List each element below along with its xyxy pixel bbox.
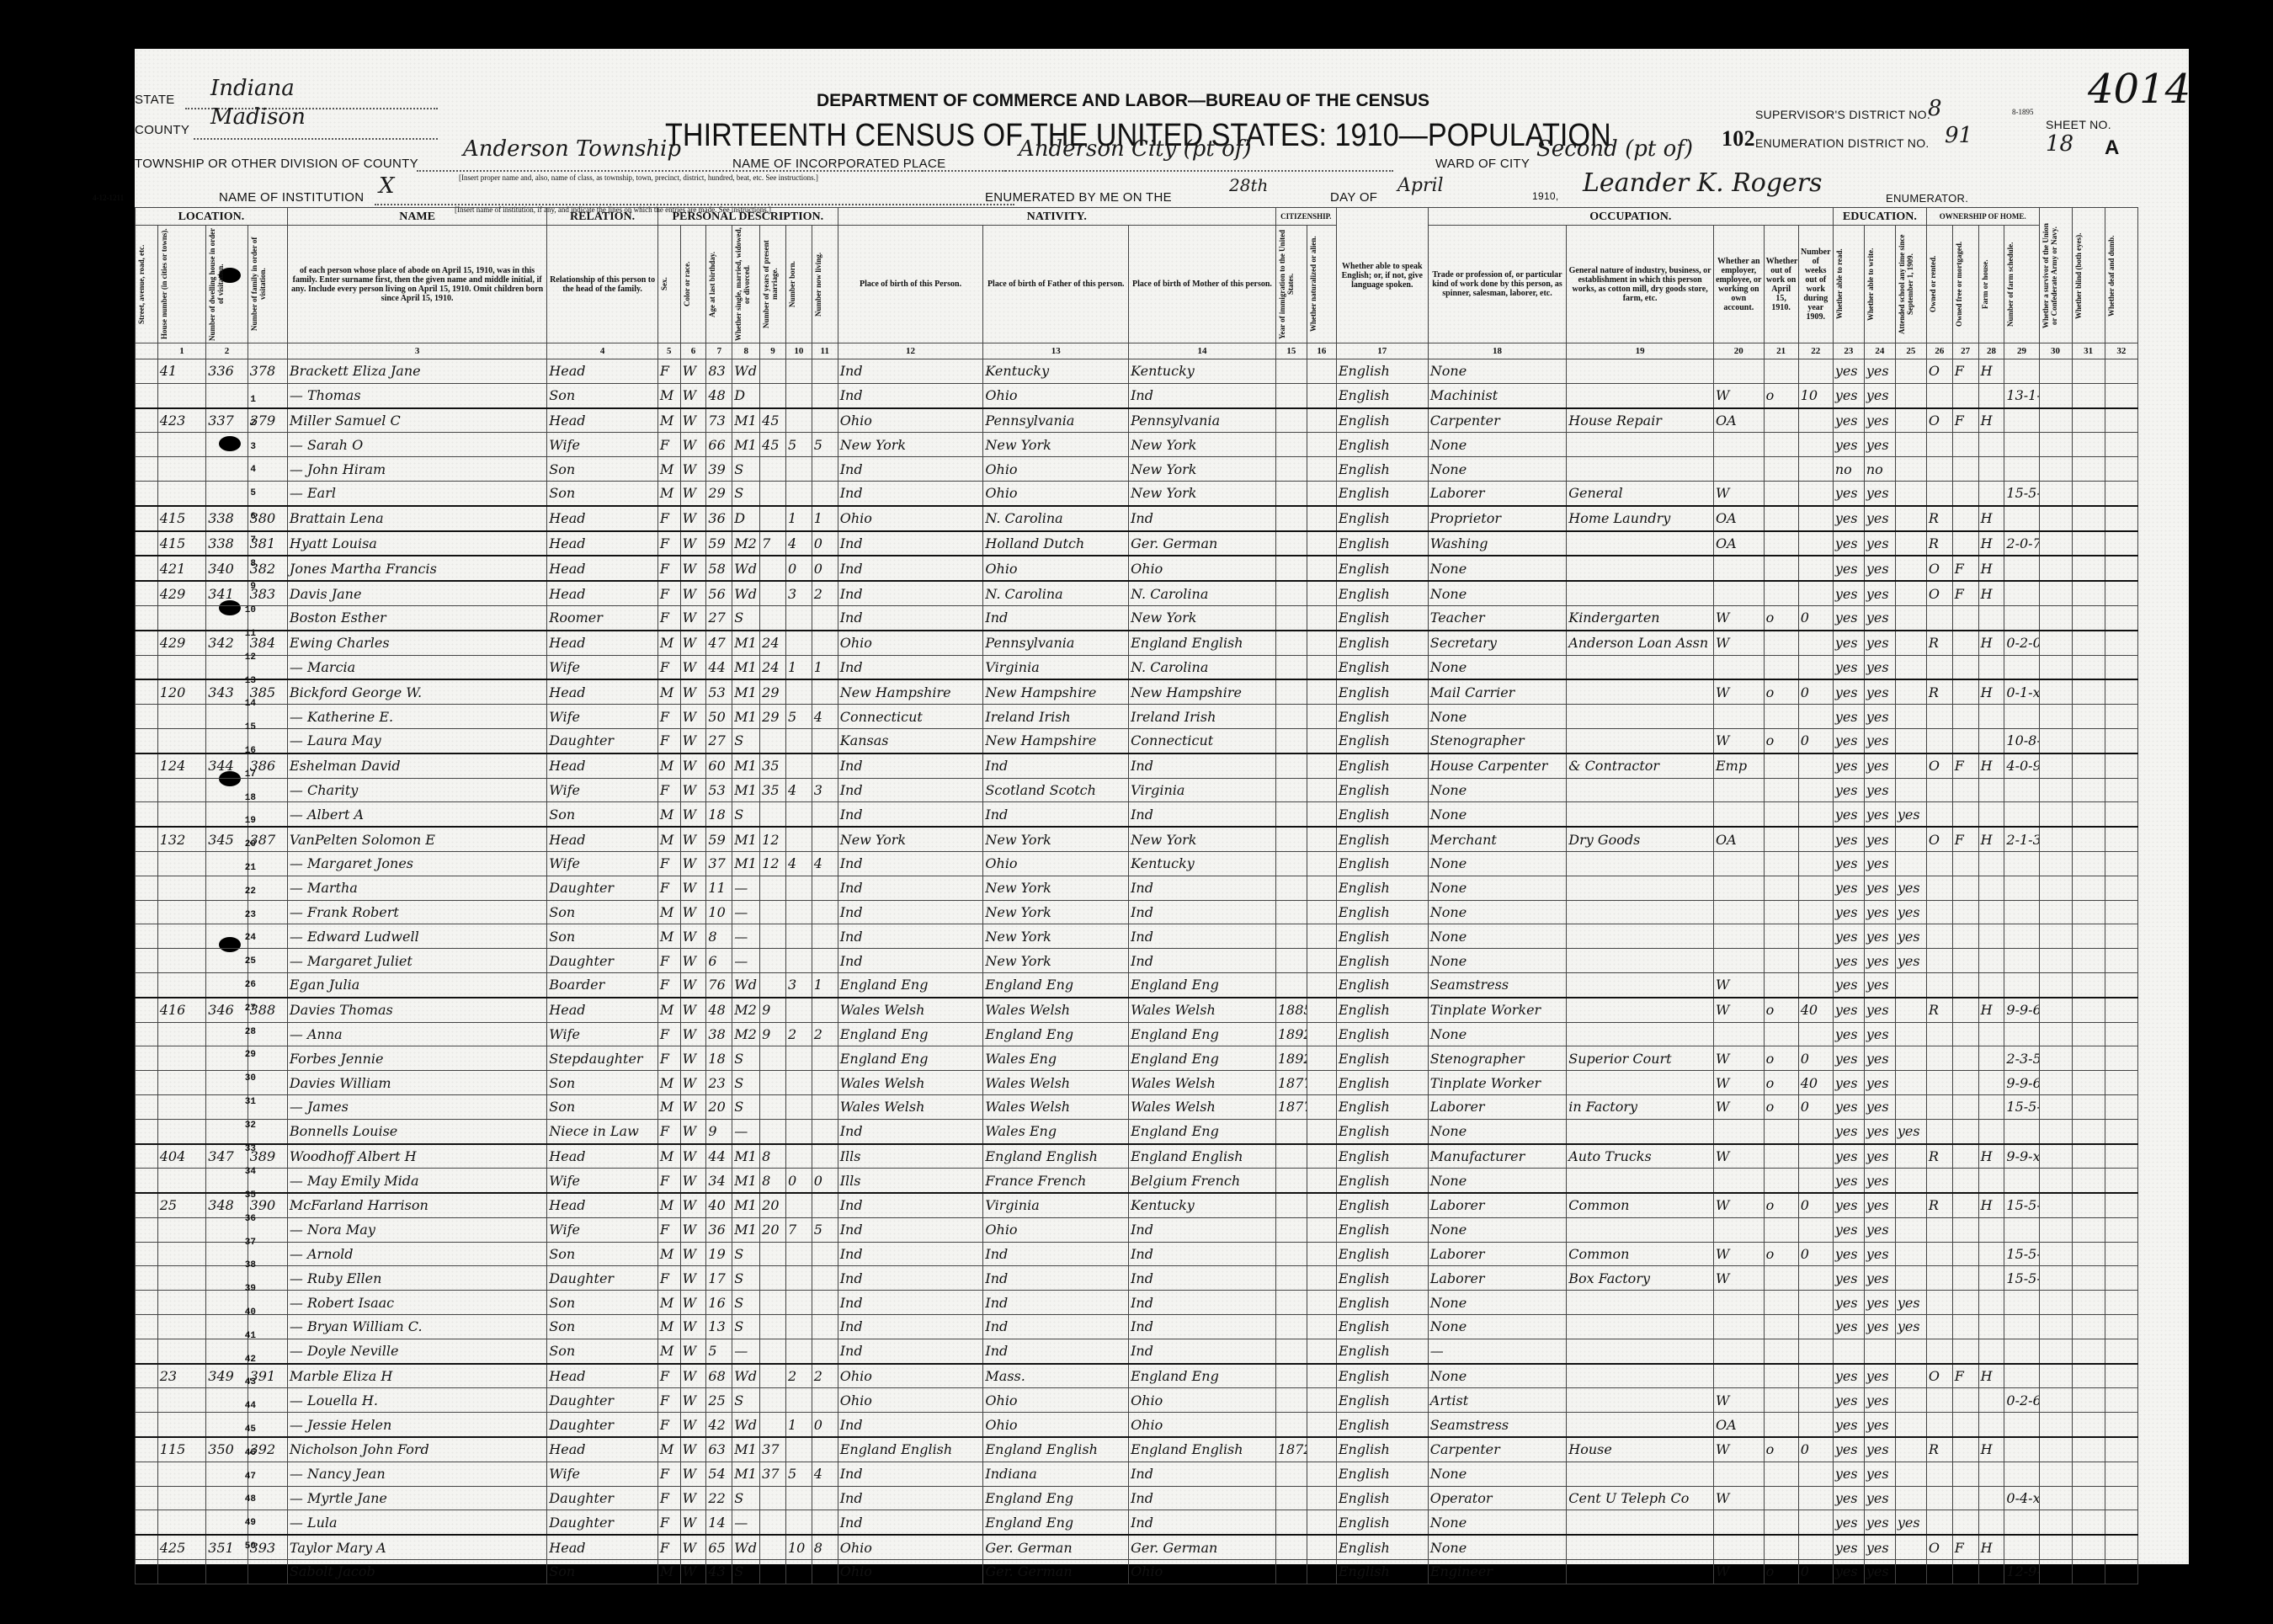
cell-bpf: Ger. German xyxy=(983,1535,1129,1559)
cell-living xyxy=(812,1071,838,1095)
cell-age: 59 xyxy=(706,531,732,556)
cell-emp: W xyxy=(1713,481,1764,505)
cell-own xyxy=(1926,705,1952,729)
cell-out xyxy=(1764,876,1798,900)
header-name: of each person whose place of abode on A… xyxy=(287,226,546,343)
cell-street xyxy=(136,433,158,457)
cell-vet xyxy=(2039,481,2072,505)
cell-industry: Cent U Teleph Co xyxy=(1567,1486,1714,1510)
cell-born xyxy=(785,924,812,949)
cell-bpf: Ohio xyxy=(983,1217,1129,1242)
header-out-of-work: Whether out of work on April 15, 1910. xyxy=(1764,226,1798,343)
cell-blind xyxy=(2072,1217,2105,1242)
cell-emp: W xyxy=(1713,679,1764,704)
cell-industry: Anderson Loan Assn xyxy=(1567,631,1714,655)
cell-relation: Head xyxy=(547,1144,658,1169)
column-number: 11 xyxy=(812,343,838,359)
cell-house xyxy=(157,778,206,802)
incorporated-value: Anderson City (pt of) xyxy=(1019,136,1252,162)
cell-sched xyxy=(2004,581,2039,605)
cell-blind xyxy=(2072,876,2105,900)
cell-out xyxy=(1764,1144,1798,1169)
cell-bp: Ind xyxy=(838,1339,983,1363)
cell-trade: None xyxy=(1428,457,1566,482)
cell-nat xyxy=(1307,408,1336,433)
cell-house: 120 xyxy=(157,679,206,704)
cell-sex: F xyxy=(657,851,680,876)
cell-school xyxy=(1895,1486,1926,1510)
cell-bpf: Ind xyxy=(983,1266,1129,1291)
cell-sched xyxy=(2004,556,2039,581)
cell-marital: M1 xyxy=(732,1193,760,1217)
cell-race: W xyxy=(680,998,706,1022)
cell-school xyxy=(1895,1046,1926,1071)
cell-emp xyxy=(1713,1364,1764,1388)
cell-emp xyxy=(1713,1535,1764,1559)
cell-bpf: Scotland Scotch xyxy=(983,778,1129,802)
cell-sched xyxy=(2004,1510,2039,1535)
cell-born xyxy=(785,1071,812,1095)
cell-living: 4 xyxy=(812,851,838,876)
cell-own xyxy=(1926,1388,1952,1413)
cell-sched xyxy=(2004,457,2039,482)
cell-marital: — xyxy=(732,1119,760,1143)
cell-age: 83 xyxy=(706,359,732,384)
cell-house xyxy=(157,1242,206,1266)
header-write: Whether able to write. xyxy=(1866,227,1875,341)
cell-farm xyxy=(1978,1022,2004,1046)
cell-school xyxy=(1895,1535,1926,1559)
cell-name: — Laura May xyxy=(287,728,546,753)
cell-race: W xyxy=(680,1560,706,1584)
cell-sched xyxy=(2004,802,2039,827)
cell-sex: F xyxy=(657,949,680,973)
column-number: 3 xyxy=(287,343,546,359)
cell-bpm: Pennsylvania xyxy=(1129,408,1276,433)
cell-relation: Head xyxy=(547,753,658,778)
cell-blind xyxy=(2072,1486,2105,1510)
cell-age: 73 xyxy=(706,408,732,433)
cell-age: 36 xyxy=(706,1217,732,1242)
cell-out: o xyxy=(1764,1094,1798,1119)
cell-living xyxy=(812,728,838,753)
cell-lang: English xyxy=(1336,1413,1428,1437)
cell-vet xyxy=(2039,1510,2072,1535)
cell-bpf: Wales Welsh xyxy=(983,1094,1129,1119)
cell-own: O xyxy=(1926,581,1952,605)
cell-vet xyxy=(2039,1193,2072,1217)
cell-emp: W xyxy=(1713,1193,1764,1217)
cell-marital: D xyxy=(732,506,760,531)
cell-out xyxy=(1764,581,1798,605)
cell-imm: 1877 xyxy=(1275,1071,1307,1095)
cell-out xyxy=(1764,1413,1798,1437)
cell-lang: English xyxy=(1336,1291,1428,1315)
cell-sex: M xyxy=(657,408,680,433)
cell-born xyxy=(785,998,812,1022)
cell-trade: Engineer xyxy=(1428,1560,1566,1584)
cell-lang: English xyxy=(1336,383,1428,407)
cell-bpf: Kentucky xyxy=(983,359,1129,384)
cell-living: 4 xyxy=(812,705,838,729)
cell-blind xyxy=(2072,679,2105,704)
cell-bpf: New Hampshire xyxy=(983,728,1129,753)
cell-race: W xyxy=(680,1364,706,1388)
cell-name: — Albert A xyxy=(287,802,546,827)
cell-years: 29 xyxy=(760,679,786,704)
cell-house xyxy=(157,1169,206,1193)
cell-weeks xyxy=(1798,1266,1833,1291)
cell-age: 43 xyxy=(706,1560,732,1584)
cell-marital: S xyxy=(732,1388,760,1413)
cell-street xyxy=(136,1266,158,1291)
incorporated-label: NAME OF INCORPORATED PLACE xyxy=(732,157,945,171)
column-number: 26 xyxy=(1926,343,1952,359)
cell-bpm: England Eng xyxy=(1129,1022,1276,1046)
cell-write: yes xyxy=(1864,1510,1895,1535)
cell-name: Boston Esther xyxy=(287,605,546,630)
cell-lang: English xyxy=(1336,531,1428,556)
cell-write: yes xyxy=(1864,1364,1895,1388)
cell-imm xyxy=(1275,1266,1307,1291)
cell-blind xyxy=(2072,1535,2105,1559)
cell-years: 20 xyxy=(760,1217,786,1242)
cell-relation: Head xyxy=(547,1535,658,1559)
cell-bpm: England English xyxy=(1129,1437,1276,1462)
cell-trade: None xyxy=(1428,1462,1566,1486)
cell-emp xyxy=(1713,900,1764,924)
table-row: 404347389Woodhoff Albert HHeadMW44M18Ill… xyxy=(136,1144,2138,1169)
line-number: 24 xyxy=(234,927,256,950)
cell-race: W xyxy=(680,605,706,630)
cell-deaf xyxy=(2105,1046,2137,1071)
cell-trade: Operator xyxy=(1428,1486,1566,1510)
cell-write: yes xyxy=(1864,1291,1895,1315)
cell-read: yes xyxy=(1833,1071,1864,1095)
cell-imm xyxy=(1275,359,1307,384)
cell-nat xyxy=(1307,1437,1336,1462)
ward-label: WARD OF CITY xyxy=(1435,157,1530,171)
cell-age: 44 xyxy=(706,1144,732,1169)
cell-out xyxy=(1764,949,1798,973)
cell-read: yes xyxy=(1833,1217,1864,1242)
cell-house xyxy=(157,705,206,729)
cell-sched xyxy=(2004,1535,2039,1559)
cell-lang: English xyxy=(1336,924,1428,949)
cell-out: o xyxy=(1764,1071,1798,1095)
cell-industry xyxy=(1567,457,1714,482)
cell-emp: OA xyxy=(1713,531,1764,556)
cell-trade: Laborer xyxy=(1428,1193,1566,1217)
cell-sched xyxy=(2004,1022,2039,1046)
cell-industry xyxy=(1567,556,1714,581)
cell-born: 2 xyxy=(785,1022,812,1046)
stamp-number: 4014 xyxy=(2088,66,2190,113)
cell-emp xyxy=(1713,851,1764,876)
cell-sched xyxy=(2004,1413,2039,1437)
cell-trade: — xyxy=(1428,1339,1566,1363)
cell-name: — Frank Robert xyxy=(287,900,546,924)
cell-years xyxy=(760,1071,786,1095)
cell-vet xyxy=(2039,1413,2072,1437)
cell-emp xyxy=(1713,1291,1764,1315)
cell-free: F xyxy=(1952,359,1978,384)
cell-years xyxy=(760,802,786,827)
cell-sex: F xyxy=(657,1046,680,1071)
cell-school xyxy=(1895,1560,1926,1584)
cell-vet xyxy=(2039,1560,2072,1584)
cell-race: W xyxy=(680,679,706,704)
cell-weeks xyxy=(1798,1291,1833,1315)
cell-deaf xyxy=(2105,900,2137,924)
cell-street xyxy=(136,631,158,655)
cell-born: 3 xyxy=(785,972,812,997)
cell-sched xyxy=(2004,1119,2039,1143)
cell-bp: Ohio xyxy=(838,1535,983,1559)
cell-nat xyxy=(1307,1119,1336,1143)
cell-years xyxy=(760,1266,786,1291)
cell-bpm: Ger. German xyxy=(1129,531,1276,556)
scan-border-top xyxy=(0,0,2273,52)
ward-value: Second (pt of) xyxy=(1536,136,1693,162)
cell-bpm: Ind xyxy=(1129,1510,1276,1535)
cell-race: W xyxy=(680,1193,706,1217)
cell-marital: S xyxy=(732,1266,760,1291)
group-relation: RELATION. xyxy=(547,208,658,226)
cell-nat xyxy=(1307,1169,1336,1193)
cell-street xyxy=(136,581,158,605)
cell-years xyxy=(760,1046,786,1071)
cell-read: yes xyxy=(1833,433,1864,457)
cell-school xyxy=(1895,1364,1926,1388)
cell-industry xyxy=(1567,1291,1714,1315)
cell-farm xyxy=(1978,1266,2004,1291)
cell-age: 36 xyxy=(706,506,732,531)
cell-free xyxy=(1952,851,1978,876)
line-number: 7 xyxy=(234,530,256,553)
line-number: 39 xyxy=(234,1278,256,1302)
cell-vet xyxy=(2039,1046,2072,1071)
cell-read: yes xyxy=(1833,1462,1864,1486)
cell-sched xyxy=(2004,506,2039,531)
header-marital: Whether single, married, widowed, or div… xyxy=(734,227,751,341)
cell-out xyxy=(1764,802,1798,827)
cell-living xyxy=(812,1560,838,1584)
cell-sex: M xyxy=(657,1144,680,1169)
cell-emp: OA xyxy=(1713,1413,1764,1437)
cell-born xyxy=(785,876,812,900)
table-row: — Margaret JulietDaughterFW6—IndNew York… xyxy=(136,949,2138,973)
table-row: — John HiramSonMW39SIndOhioNew YorkEngli… xyxy=(136,457,2138,482)
cell-street xyxy=(136,1071,158,1095)
cell-trade: Artist xyxy=(1428,1388,1566,1413)
cell-nat xyxy=(1307,1046,1336,1071)
cell-read: yes xyxy=(1833,1560,1864,1584)
cell-street xyxy=(136,728,158,753)
cell-race: W xyxy=(680,876,706,900)
cell-relation: Wife xyxy=(547,1217,658,1242)
cell-emp: W xyxy=(1713,1437,1764,1462)
cell-bp: England Eng xyxy=(838,1022,983,1046)
cell-lang: English xyxy=(1336,679,1428,704)
cell-marital: M1 xyxy=(732,1437,760,1462)
cell-out xyxy=(1764,433,1798,457)
cell-marital: M1 xyxy=(732,827,760,851)
cell-trade: Laborer xyxy=(1428,481,1566,505)
cell-out: o xyxy=(1764,605,1798,630)
cell-bp: Ohio xyxy=(838,1388,983,1413)
cell-imm: 1892 xyxy=(1275,1046,1307,1071)
cell-own xyxy=(1926,1339,1952,1363)
cell-industry xyxy=(1567,1510,1714,1535)
cell-weeks xyxy=(1798,876,1833,900)
cell-bpm: N. Carolina xyxy=(1129,655,1276,679)
cell-marital: S xyxy=(732,728,760,753)
group-citizenship: CITIZENSHIP. xyxy=(1275,208,1336,226)
cell-name: — Robert Isaac xyxy=(287,1291,546,1315)
cell-school xyxy=(1895,1413,1926,1437)
cell-vet xyxy=(2039,679,2072,704)
cell-deaf xyxy=(2105,998,2137,1022)
cell-read: yes xyxy=(1833,1266,1864,1291)
cell-free xyxy=(1952,1339,1978,1363)
cell-emp xyxy=(1713,655,1764,679)
cell-bpm: N. Carolina xyxy=(1129,581,1276,605)
cell-write: yes xyxy=(1864,876,1895,900)
cell-years xyxy=(760,581,786,605)
cell-marital: M1 xyxy=(732,753,760,778)
cell-own xyxy=(1926,1413,1952,1437)
form-code: 8-1895 xyxy=(2012,108,2034,116)
cell-sex: M xyxy=(657,1339,680,1363)
cell-school xyxy=(1895,998,1926,1022)
cell-out xyxy=(1764,1022,1798,1046)
cell-deaf xyxy=(2105,1315,2137,1339)
cell-imm xyxy=(1275,1413,1307,1437)
cell-imm xyxy=(1275,605,1307,630)
cell-years xyxy=(760,1094,786,1119)
cell-race: W xyxy=(680,1119,706,1143)
cell-house xyxy=(157,1413,206,1437)
cell-industry: Dry Goods xyxy=(1567,827,1714,851)
cell-street xyxy=(136,1119,158,1143)
cell-trade: Stenographer xyxy=(1428,1046,1566,1071)
cell-free xyxy=(1952,1486,1978,1510)
cell-name: Sabolt Jacob xyxy=(287,1560,546,1584)
cell-years xyxy=(760,457,786,482)
cell-emp: Emp xyxy=(1713,753,1764,778)
line-number: 20 xyxy=(234,833,256,857)
cell-marital: S xyxy=(732,802,760,827)
group-location: LOCATION. xyxy=(136,208,288,226)
cell-sched xyxy=(2004,851,2039,876)
cell-read: yes xyxy=(1833,1119,1864,1143)
cell-free: F xyxy=(1952,1535,1978,1559)
table-row: 423337379Miller Samuel CHeadMW73M145Ohio… xyxy=(136,408,2138,433)
cell-industry xyxy=(1567,778,1714,802)
cell-house: 423 xyxy=(157,408,206,433)
cell-deaf xyxy=(2105,359,2137,384)
cell-born xyxy=(785,1388,812,1413)
cell-age: 18 xyxy=(706,802,732,827)
cell-living: 1 xyxy=(812,655,838,679)
cell-farm: H xyxy=(1978,631,2004,655)
cell-school xyxy=(1895,705,1926,729)
header-street: Street, avenue, road, etc. xyxy=(137,227,146,341)
cell-bpm: Ind xyxy=(1129,383,1276,407)
cell-school xyxy=(1895,1437,1926,1462)
cell-industry: Box Factory xyxy=(1567,1266,1714,1291)
cell-imm: 1892 xyxy=(1275,1022,1307,1046)
cell-blind xyxy=(2072,1022,2105,1046)
cell-house: 421 xyxy=(157,556,206,581)
cell-blind xyxy=(2072,1364,2105,1388)
cell-farm: H xyxy=(1978,359,2004,384)
column-number: 32 xyxy=(2105,343,2137,359)
cell-farm: H xyxy=(1978,1144,2004,1169)
enumerator-name: Leander K. Rogers xyxy=(1583,168,1823,198)
cell-house xyxy=(157,851,206,876)
cell-years: 37 xyxy=(760,1437,786,1462)
cell-name: Jones Martha Francis xyxy=(287,556,546,581)
table-row: — Margaret JonesWifeFW37M11244IndOhioKen… xyxy=(136,851,2138,876)
cell-age: 38 xyxy=(706,1022,732,1046)
cell-farm: H xyxy=(1978,998,2004,1022)
cell-read: yes xyxy=(1833,1094,1864,1119)
cell-trade: Washing xyxy=(1428,531,1566,556)
cell-house xyxy=(157,1291,206,1315)
cell-race: W xyxy=(680,1486,706,1510)
table-row: — Katherine E.WifeFW50M12954ConnecticutI… xyxy=(136,705,2138,729)
cell-write: yes xyxy=(1864,1022,1895,1046)
cell-farm xyxy=(1978,1242,2004,1266)
cell-born: 10 xyxy=(785,1535,812,1559)
cell-blind xyxy=(2072,1560,2105,1584)
cell-out xyxy=(1764,1486,1798,1510)
cell-house xyxy=(157,1266,206,1291)
cell-vet xyxy=(2039,1119,2072,1143)
cell-own xyxy=(1926,1217,1952,1242)
table-row: — Ruby EllenDaughterFW17SIndIndIndEnglis… xyxy=(136,1266,2138,1291)
cell-sched: 15-5-9-x xyxy=(2004,1094,2039,1119)
cell-own: O xyxy=(1926,359,1952,384)
cell-emp xyxy=(1713,433,1764,457)
cell-bp: Ind xyxy=(838,802,983,827)
cell-lang: English xyxy=(1336,778,1428,802)
cell-imm xyxy=(1275,802,1307,827)
cell-house xyxy=(157,924,206,949)
column-number: 24 xyxy=(1864,343,1895,359)
cell-lang: English xyxy=(1336,1510,1428,1535)
cell-school xyxy=(1895,753,1926,778)
cell-sex: M xyxy=(657,457,680,482)
cell-emp xyxy=(1713,581,1764,605)
cell-school: yes xyxy=(1895,1315,1926,1339)
cell-industry xyxy=(1567,949,1714,973)
line-number: 16 xyxy=(234,740,256,764)
cell-street xyxy=(136,1413,158,1437)
cell-age: 54 xyxy=(706,1462,732,1486)
cell-deaf xyxy=(2105,408,2137,433)
cell-years: 29 xyxy=(760,705,786,729)
cell-house xyxy=(157,1339,206,1363)
cell-race: W xyxy=(680,753,706,778)
cell-out: o xyxy=(1764,1046,1798,1071)
table-row: 425351393Taylor Mary AHeadFW65Wd108OhioG… xyxy=(136,1535,2138,1559)
cell-name: — Jessie Helen xyxy=(287,1413,546,1437)
cell-lang: English xyxy=(1336,972,1428,997)
cell-age: 29 xyxy=(706,481,732,505)
